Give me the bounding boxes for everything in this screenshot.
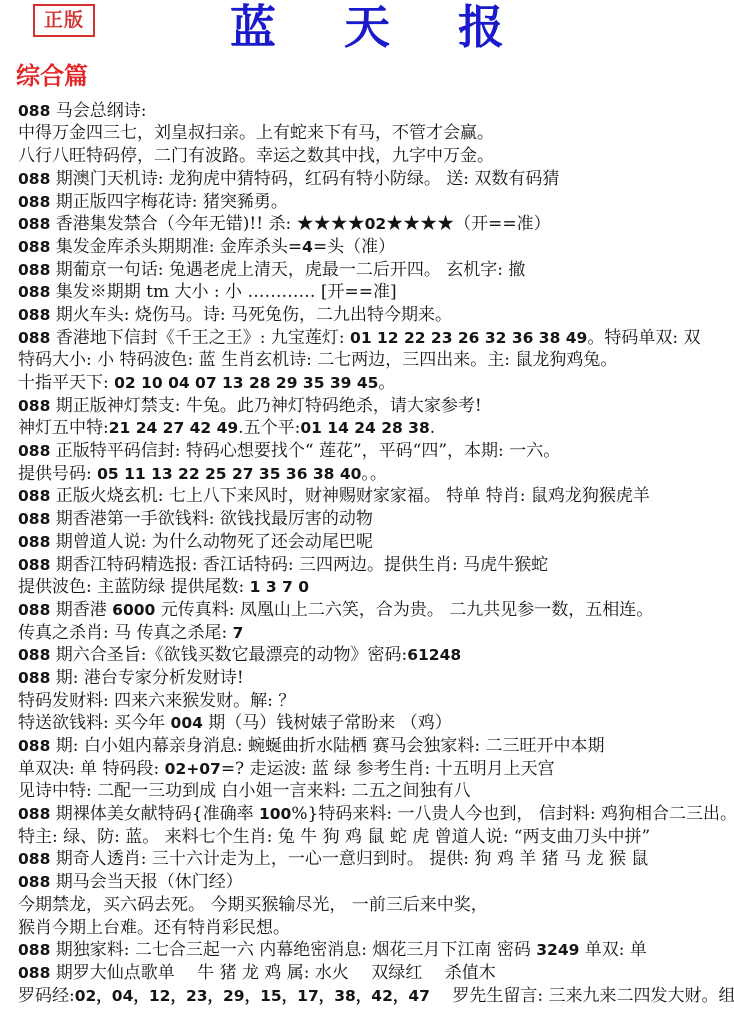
text-line: 088 期正版神灯禁支: 牛兔。此乃神灯特码绝杀，请大家参考! [18, 395, 724, 418]
number-run: 02 10 04 07 13 28 29 35 39 45 [114, 374, 378, 392]
text-line: 088 期葡京一句话: 兔遇老虎上清天，虎最一二后开四。 玄机字: 撤 [18, 259, 724, 282]
number-run: 088 [18, 442, 50, 460]
text-line: 088 正版火烧玄机: 七上八下来风时，财神赐财家家福。 特单 特肖: 鼠鸡龙狗… [18, 485, 724, 508]
number-run: 088 [18, 397, 50, 415]
number-run: 004 [171, 714, 203, 732]
text-line: 088 期香江特码精选报: 香江话特码: 三四两边。提供生肖: 马虎牛猴蛇 [18, 554, 724, 577]
page-title: 蓝 天 报 [0, 0, 734, 53]
text-line: 088 期香港第一手欲钱料: 欲钱找最厉害的动物 [18, 508, 724, 531]
number-run: 088 [18, 533, 50, 551]
number-run: 4 [302, 238, 313, 256]
number-run: 088 [18, 850, 50, 868]
text-line: 088 马会总纲诗: [18, 100, 724, 123]
text-line: 罗码经:02，04，12，23，29，15，17，38，42，47 罗先生留言:… [18, 985, 724, 1008]
number-run: 100 [259, 805, 291, 823]
number-run: 088 [18, 964, 50, 982]
text-line: 见诗中特: 二配一三功到成 白小姐一言来料: 二五之间独有八 [18, 780, 724, 803]
text-line: 猴肖今期上台难。还有特肖彩民想。 [18, 917, 724, 940]
text-line: 十指平天下: 02 10 04 07 13 28 29 35 39 45。 [18, 372, 724, 395]
number-run: 088 [18, 329, 50, 347]
number-run: 21 24 27 42 49 [109, 419, 238, 437]
text-line: 088 期奇人透肖: 三十六计走为上，一心一意归到时。 提供: 狗 鸡 羊 猪 … [18, 848, 724, 871]
number-run: 6000 [112, 601, 155, 619]
number-run: 088 [18, 283, 50, 301]
content-lines: 088 马会总纲诗:中得万金四三七，刘皇叔扫亲。上有蛇来下有马，不管才会赢。八行… [0, 100, 734, 1008]
number-run: 088 [18, 238, 50, 256]
text-line: 088 集发金库杀头期期准: 金库杀头=4=头（准） [18, 236, 724, 259]
text-line: 神灯五中特:21 24 27 42 49.五个平:01 14 24 28 38. [18, 417, 724, 440]
text-line: 088 期罗大仙点歌单 牛 猪 龙 鸡 属: 水火 双绿红 杀值木 [18, 962, 724, 985]
number-run: 088 [18, 487, 50, 505]
number-run: 05 11 13 22 25 27 35 36 38 40 [97, 465, 361, 483]
number-run: 088 [18, 193, 50, 211]
number-run: 088 [18, 737, 50, 755]
text-line: 088 期: 白小姐内幕亲身消息: 蜿蜒曲折水陆栖 赛马会独家料: 二三旺开中本… [18, 735, 724, 758]
text-line: 单双决: 单 特码段: 02+07=? 走运波: 蓝 绿 参考生肖: 十五明月上… [18, 758, 724, 781]
page-header: 正版 蓝 天 报 [0, 0, 734, 56]
text-line: 今期禁龙，买六码去死。 今期买猴输尽光， 一前三后来中奖， [18, 894, 724, 917]
text-line: 088 期香港 6000 元传真料: 凤凰山上二六笑，合为贵。 二九共见参一数，… [18, 599, 724, 622]
number-run: 1 3 7 0 [250, 578, 309, 596]
text-line: 088 期马会当天报（休门经） [18, 871, 724, 894]
authentic-badge: 正版 [33, 4, 95, 37]
number-run: 3249 [536, 941, 579, 959]
newspaper-page: 正版 蓝 天 报 综合篇 088 马会总纲诗:中得万金四三七，刘皇叔扫亲。上有蛇… [0, 0, 734, 1017]
number-run: 088 [18, 170, 50, 188]
number-run: 088 [18, 510, 50, 528]
text-line: 特码大小: 小 特码波色: 蓝 生肖玄机诗: 二七两边，三四出来。主: 鼠龙狗鸡… [18, 349, 724, 372]
number-run: 088 [18, 669, 50, 687]
number-run: 088 [18, 805, 50, 823]
number-run: 02+07 [165, 760, 221, 778]
text-line: 088 期澳门天机诗: 龙狗虎中猜特码，红码有特小防绿。 送: 双数有码猜 [18, 168, 724, 191]
text-line: 提供波色: 主蓝防绿 提供尾数: 1 3 7 0 [18, 576, 724, 599]
number-run: 088 [18, 873, 50, 891]
text-line: 088 香港集发禁合（今年无错)!! 杀: ★★★★02★★★★（开==准） [18, 213, 724, 236]
text-line: 传真之杀肖: 马 传真之杀尾: 7 [18, 622, 724, 645]
number-run: 01 12 22 23 26 32 36 38 49 [350, 329, 587, 347]
text-line: 088 期独家料: 二七合三起一六 内幕绝密消息: 烟花三月下江南 密码 324… [18, 939, 724, 962]
number-run: 088 [18, 941, 50, 959]
number-run: 088 [18, 102, 50, 120]
text-line: 088 期: 港台专家分析发财诗! [18, 667, 724, 690]
text-line: 088 期六合圣旨:《欲钱买数它最漂亮的动物》密码:61248 [18, 644, 724, 667]
text-line: 088 期正版四字梅花诗: 猪突豨勇。 [18, 191, 724, 214]
text-line: 088 正版特平码信封: 特码心想要找个“ 莲花”，平码“四”，本期: 一六。 [18, 440, 724, 463]
text-line: 特送欲钱料: 买今年 004 期（马）钱树婊子常盼来 （鸡） [18, 712, 724, 735]
number-run: 088 [18, 646, 50, 664]
text-line: 088 期火车头: 烧伤马。诗: 马死兔伤，二九出特今期来。 [18, 304, 724, 327]
text-line: 088 期曾道人说: 为什么动物死了还会动尾巴呢 [18, 531, 724, 554]
text-line: 提供号码: 05 11 13 22 25 27 35 36 38 40。。 [18, 463, 724, 486]
section-title: 综合篇 [16, 62, 734, 91]
number-run: 088 [18, 556, 50, 574]
number-run: 088 [18, 261, 50, 279]
number-run: 01 14 24 28 38 [300, 419, 429, 437]
text-line: 088 期裸体美女献特码{准确率 100%}特码来料: 一八贵人今也到， 信封料… [18, 803, 724, 826]
text-line: 特主: 绿、防: 蓝。 来料七个生肖: 兔 牛 狗 鸡 鼠 蛇 虎 曾道人说: … [18, 826, 724, 849]
text-line: 八行八旺特码停，二门有波路。幸运之数其中找，九字中万金。 [18, 145, 724, 168]
number-run: 02，04，12，23，29，15，17，38，42，47 [75, 987, 430, 1005]
text-line: 088 集发※期期 tm 大小 : 小 ………… [开==准] [18, 281, 724, 304]
number-run: 61248 [407, 646, 461, 664]
number-run: 088 [18, 601, 50, 619]
number-run: 02 [365, 215, 387, 233]
text-line: 中得万金四三七，刘皇叔扫亲。上有蛇来下有马，不管才会赢。 [18, 122, 724, 145]
number-run: 088 [18, 215, 50, 233]
number-run: 7 [233, 624, 244, 642]
text-line: 特码发财料: 四来六来猴发财。解: ？ [18, 690, 724, 713]
text-line: 088 香港地下信封《千王之王》: 九宝莲灯: 01 12 22 23 26 3… [18, 327, 724, 350]
number-run: 088 [18, 306, 50, 324]
